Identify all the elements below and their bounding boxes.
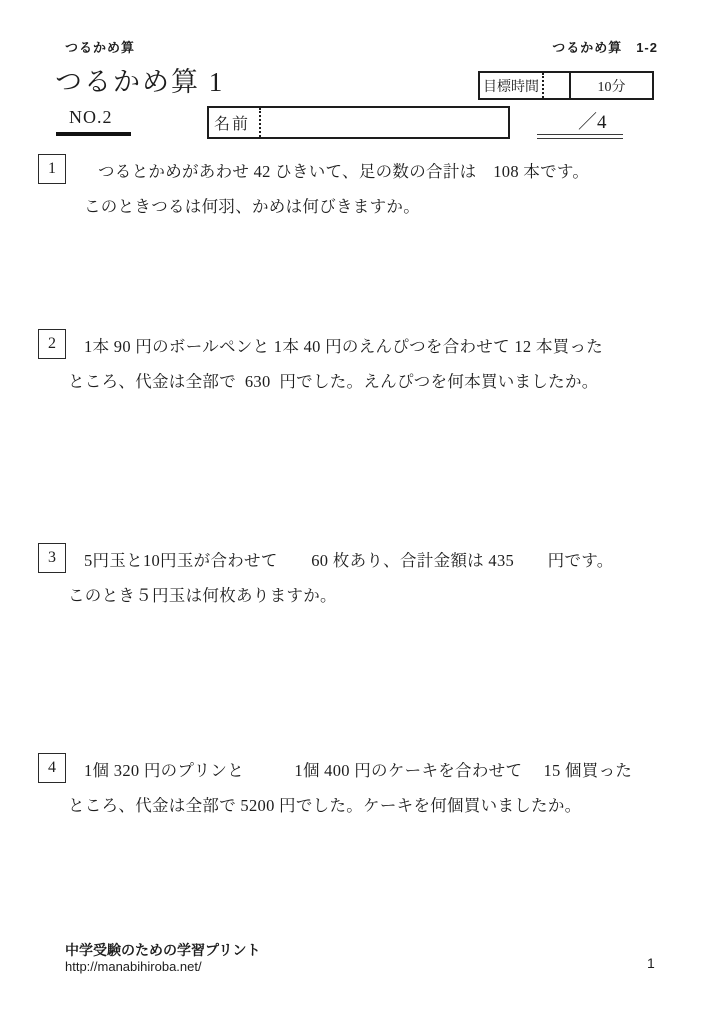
worksheet-page: つるかめ算 つるかめ算 1-2 つるかめ算 1 目標時間 10分 NO.2 名前… — [0, 0, 724, 1024]
name-input-area — [261, 108, 508, 137]
site-url: http://manabihiroba.net/ — [65, 959, 202, 974]
name-box: 名前 — [207, 106, 510, 139]
problem-2-number: 2 — [48, 335, 56, 353]
target-time-value: 10分 — [571, 73, 652, 98]
problem-1-text-line2: このときつるは何羽、かめは何びきますか。 — [84, 193, 420, 217]
target-time-box: 目標時間 10分 — [478, 71, 654, 100]
problem-2: 2 1本 90 円のボールペンと 1本 40 円のえんぴつを合わせて 12 本買… — [0, 329, 724, 409]
page-title: つるかめ算 1 — [55, 60, 224, 99]
problem-1-text-line1: つるとかめがあわせ 42 ひきいて、足の数の合計は 108 本です。 — [98, 158, 589, 182]
problem-2-text-line1: 1本 90 円のボールペンと 1本 40 円のえんぴつを合わせて 12 本買った — [84, 333, 603, 357]
problem-1: 1 つるとかめがあわせ 42 ひきいて、足の数の合計は 108 本です。 このと… — [0, 154, 724, 234]
problem-3-text-line1: 5円玉と10円玉が合わせて 60 枚あり、合計金額は 435 円です。 — [84, 547, 614, 571]
problem-3: 3 5円玉と10円玉が合わせて 60 枚あり、合計金額は 435 円です。 この… — [0, 543, 724, 623]
problem-4-number: 4 — [48, 759, 56, 777]
problem-4-text-line2: ところ、代金は全部で 5200 円でした。ケーキを何個買いましたか。 — [68, 792, 581, 816]
problem-4-number-box: 4 — [38, 753, 66, 783]
problem-2-text-line2: ところ、代金は全部で 630 円でした。えんぴつを何本買いましたか。 — [68, 368, 599, 392]
problem-4-text-line1: 1個 320 円のプリンと 1個 400 円のケーキを合わせて 15 個買った — [84, 757, 632, 781]
problem-3-number: 3 — [48, 549, 56, 567]
sheet-number-underline — [56, 132, 131, 136]
score-label: ／4 — [578, 107, 607, 134]
target-time-label: 目標時間 — [480, 73, 544, 98]
problem-3-text-line2: このとき５円玉は何枚ありますか。 — [68, 582, 337, 606]
problem-1-number: 1 — [48, 160, 56, 178]
series-label: つるかめ算 — [65, 37, 135, 56]
name-label: 名前 — [209, 108, 261, 137]
sheet-code: つるかめ算 1-2 — [552, 37, 658, 56]
score-double-underline — [537, 134, 623, 139]
sheet-number: NO.2 — [69, 107, 113, 128]
problem-1-number-box: 1 — [38, 154, 66, 184]
publisher-label: 中学受験のための学習プリント — [65, 940, 260, 960]
problem-2-number-box: 2 — [38, 329, 66, 359]
problem-4: 4 1個 320 円のプリンと 1個 400 円のケーキを合わせて 15 個買っ… — [0, 753, 724, 833]
target-time-blank-cell — [544, 73, 571, 98]
problem-3-number-box: 3 — [38, 543, 66, 573]
page-number: 1 — [647, 955, 655, 971]
